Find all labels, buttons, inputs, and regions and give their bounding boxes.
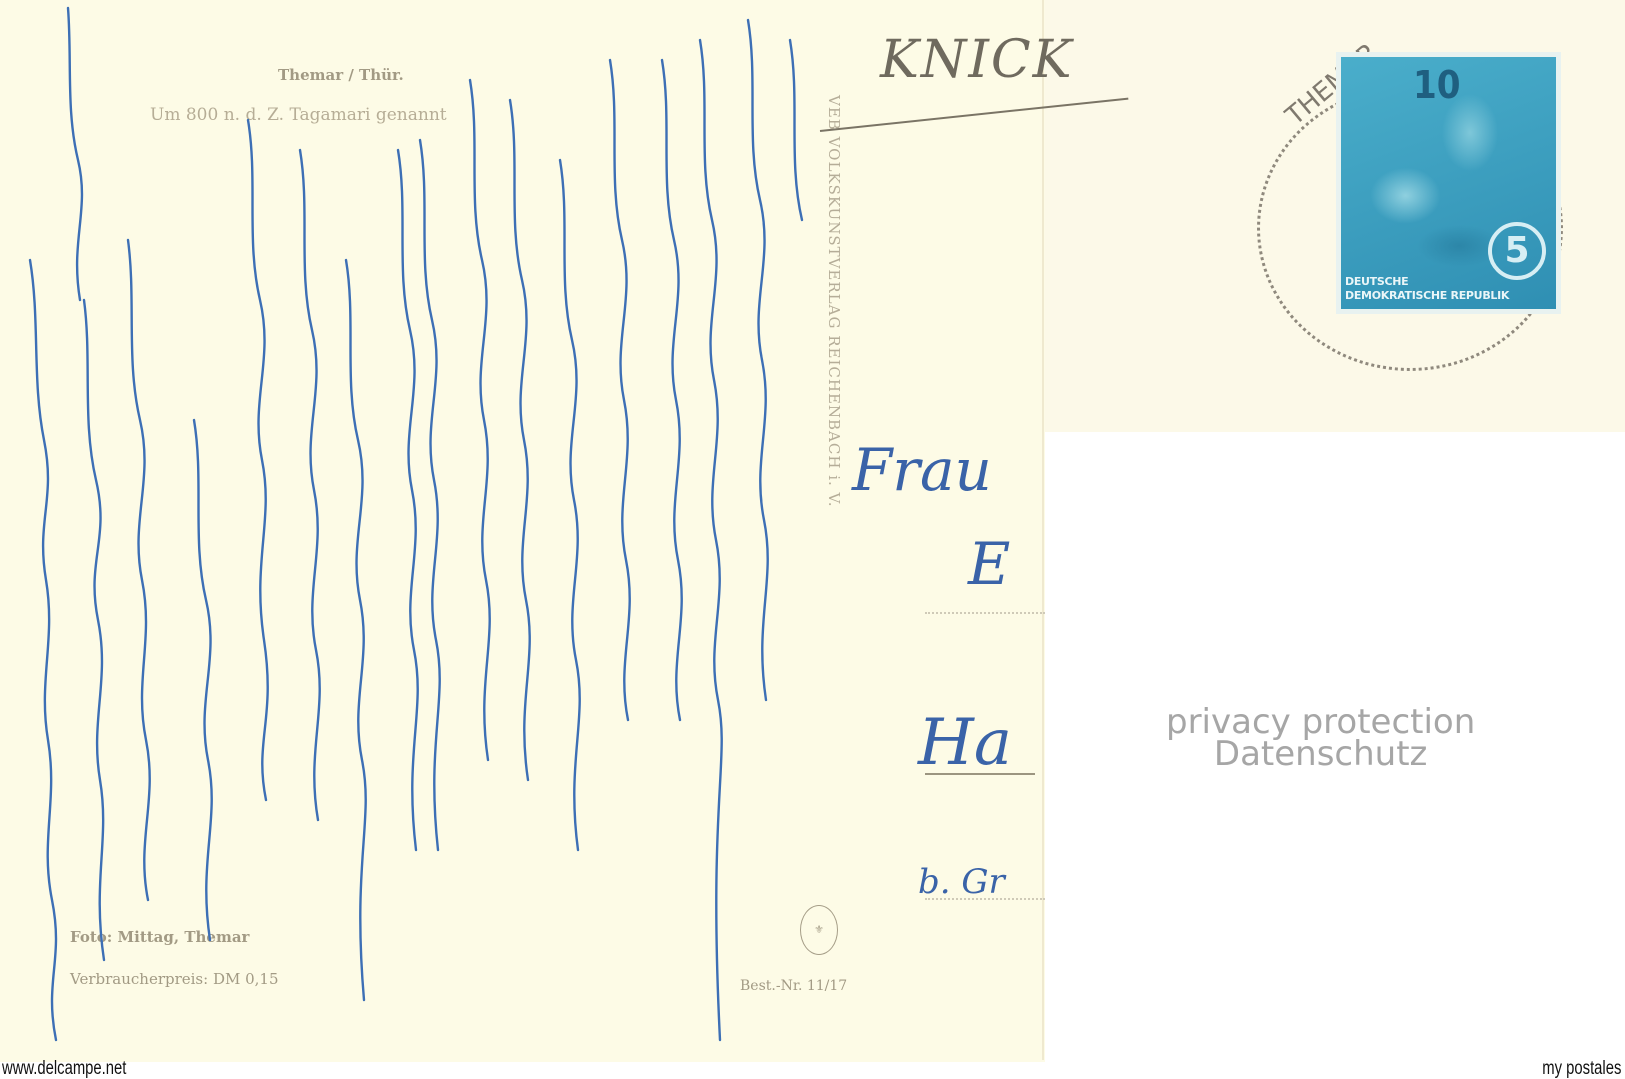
address-underline — [925, 773, 1035, 775]
stamp-denomination: 5 — [1488, 222, 1546, 280]
photo-credit: Foto: Mittag, Themar — [70, 928, 249, 946]
postcard-back-left — [0, 0, 1045, 1062]
stamp-value: 10 — [1413, 63, 1461, 107]
handwritten-annotation-knick: KNICK — [880, 30, 1074, 90]
postcard-subtitle: Um 800 n. d. Z. Tagamari genannt — [150, 105, 447, 125]
privacy-overlay: privacy protection Datenschutz — [1166, 706, 1475, 770]
publisher-imprint: VEB VOLKSKUNSTVERLAG REICHENBACH i. V. — [825, 95, 843, 508]
publisher-logo-icon: ⚜ — [800, 905, 838, 955]
postcard-title: Themar / Thür. — [278, 66, 404, 84]
stamp-country: DEUTSCHE DEMOKRATISCHE REPUBLIK — [1345, 275, 1509, 303]
address-line-4: b. Gr — [918, 862, 1005, 902]
address-dotted-line — [925, 898, 1045, 900]
price-imprint: Verbraucherpreis: DM 0,15 — [70, 970, 279, 988]
watermark-mypostales: my postales — [1542, 1058, 1621, 1079]
address-line-2: E — [968, 530, 1010, 598]
privacy-line-2: Datenschutz — [1166, 738, 1475, 770]
address-dotted-line — [925, 612, 1045, 614]
watermark-delcampe: www.delcampe.net — [2, 1058, 126, 1079]
order-number: Best.-Nr. 11/17 — [740, 978, 847, 994]
address-line-3: Ha — [918, 706, 1012, 780]
postage-stamp: 10 5 DEUTSCHE DEMOKRATISCHE REPUBLIK — [1336, 52, 1561, 314]
address-line-1: Frau — [852, 436, 992, 504]
postcard-divider — [1042, 0, 1044, 1060]
